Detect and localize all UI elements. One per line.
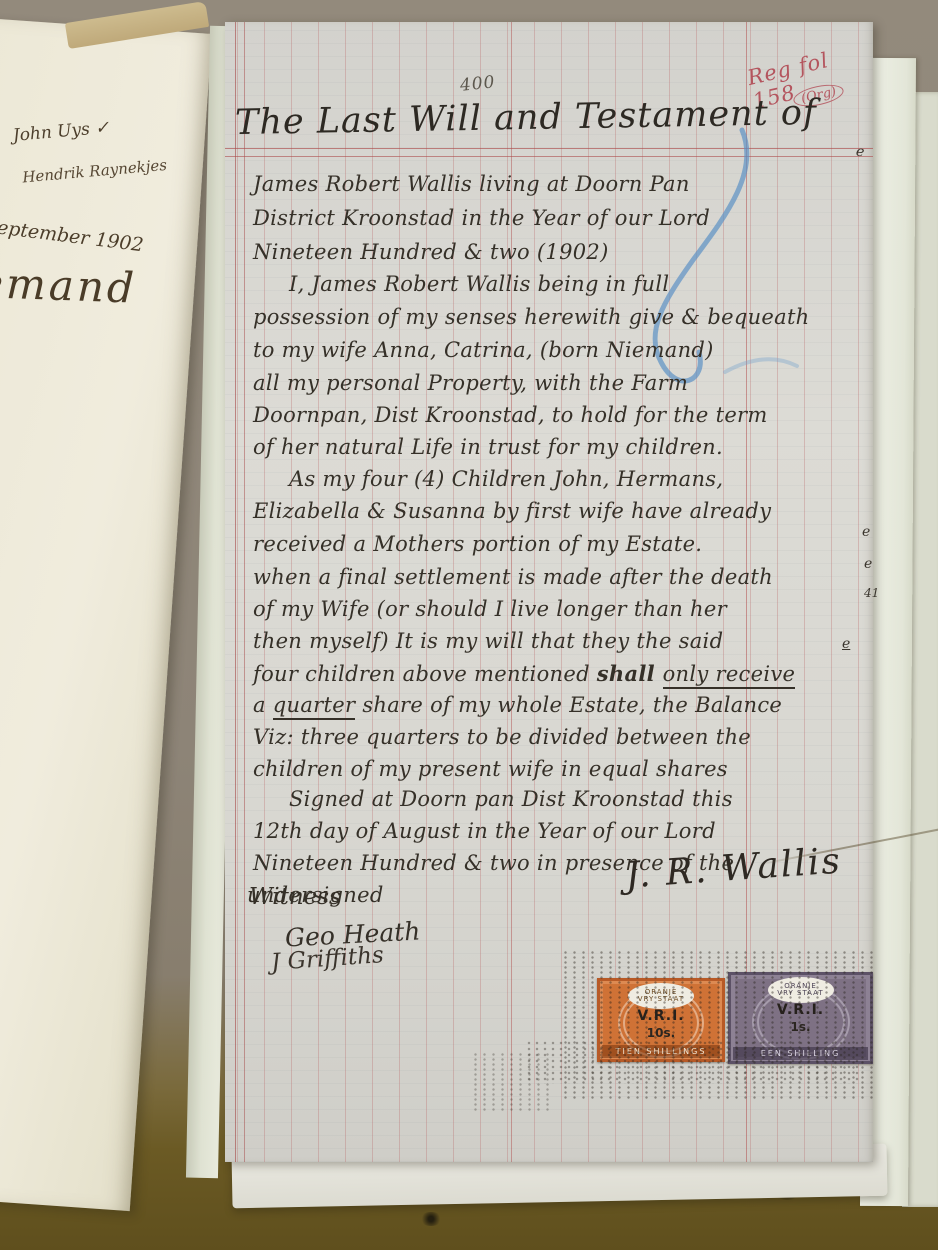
ruling-margin-line bbox=[235, 22, 245, 1162]
will-text-line: 12th day of August in the Year of our Lo… bbox=[253, 819, 716, 843]
stamp-country-oval: ORANJE VRY STAAT bbox=[768, 977, 834, 1003]
will-text-line: Nineteen Hundred & two (1902) bbox=[253, 240, 609, 264]
witness-label: Witness bbox=[249, 884, 341, 910]
will-text-line: District Kroonstad in the Year of our Lo… bbox=[253, 206, 710, 230]
margin-note-name: John Uys ✓ bbox=[12, 118, 110, 146]
pencil-folio-number: 400 bbox=[459, 72, 496, 96]
will-text-line: Elizabella & Susanna by first wife have … bbox=[253, 499, 771, 523]
will-text-line: of her natural Life in trust for my chil… bbox=[253, 435, 723, 459]
stamp-overprint: V.R.I. bbox=[597, 1008, 725, 1024]
ruling-header-line bbox=[225, 148, 873, 157]
photo-of-will-register: John Uys ✓ Hendrik Raynekjes 8 September… bbox=[0, 0, 938, 1250]
table-stain bbox=[420, 1212, 442, 1226]
will-text-line: received a Mothers portion of my Estate. bbox=[253, 532, 702, 556]
will-text-line: possession of my senses herewith give & … bbox=[253, 305, 810, 329]
revenue-stamp-ten-shillings: ORANJE VRY STAAT V.R.I. 10s. TIEN SHILLI… bbox=[597, 978, 725, 1062]
stamp-denomination-band: EEN SHILLING bbox=[733, 1047, 868, 1060]
will-text-line: children of my present wife in equal sha… bbox=[253, 757, 728, 781]
will-text-line: to my wife Anna, Catrina, (born Niemand) bbox=[253, 338, 714, 362]
will-text-line: four children above mentioned shall only… bbox=[253, 661, 795, 686]
will-text-line: a quarter share of my whole Estate, the … bbox=[253, 693, 782, 717]
stamp-denomination-band: TIEN SHILLINGS bbox=[602, 1045, 720, 1058]
will-text-line: James Robert Wallis living at Doorn Pan bbox=[253, 172, 690, 196]
edge-text-fragment: e bbox=[862, 524, 870, 540]
edge-text-fragment: e bbox=[864, 556, 872, 572]
will-text-line: Signed at Doorn pan Dist Kroonstad this bbox=[289, 787, 733, 811]
margin-note-name: Hendrik Raynekjes bbox=[22, 156, 168, 187]
will-text-line: all my personal Property, with the Farm bbox=[253, 371, 688, 395]
stamp-overprint: V.R.I. bbox=[728, 1002, 873, 1018]
left-page: John Uys ✓ Hendrik Raynekjes 8 September… bbox=[0, 17, 212, 1211]
will-text-line: Viz: three quarters to be divided betwee… bbox=[253, 725, 751, 749]
stamp-value: 1s. bbox=[728, 1020, 873, 1034]
stamp-country-oval: ORANJE VRY STAAT bbox=[628, 983, 694, 1009]
margin-note-date: 8 September 1902 bbox=[0, 213, 145, 257]
will-text-line: As my four (4) Children John, Hermans, bbox=[289, 467, 723, 491]
will-text-line: I, James Robert Wallis being in full bbox=[289, 272, 669, 296]
will-text-line: Doornpan, Dist Kroonstad, to hold for th… bbox=[253, 403, 768, 427]
revenue-stamp-one-shilling: ORANJE VRY STAAT V.R.I. 1s. EEN SHILLING bbox=[728, 972, 873, 1064]
stamp-value: 10s. bbox=[597, 1026, 725, 1040]
edge-text-fragment: e bbox=[842, 636, 850, 652]
will-text-line: when a final settlement is made after th… bbox=[253, 565, 773, 589]
will-text-line: of my Wife (or should I live longer than… bbox=[253, 597, 727, 621]
margin-signature: Niemand bbox=[0, 256, 138, 312]
edge-text-fragment: 41 bbox=[864, 586, 879, 600]
will-text-line: then myself) It is my will that they the… bbox=[253, 629, 723, 653]
will-page: 400 Reg fol 158 (Org) The Last Will and … bbox=[225, 22, 873, 1162]
